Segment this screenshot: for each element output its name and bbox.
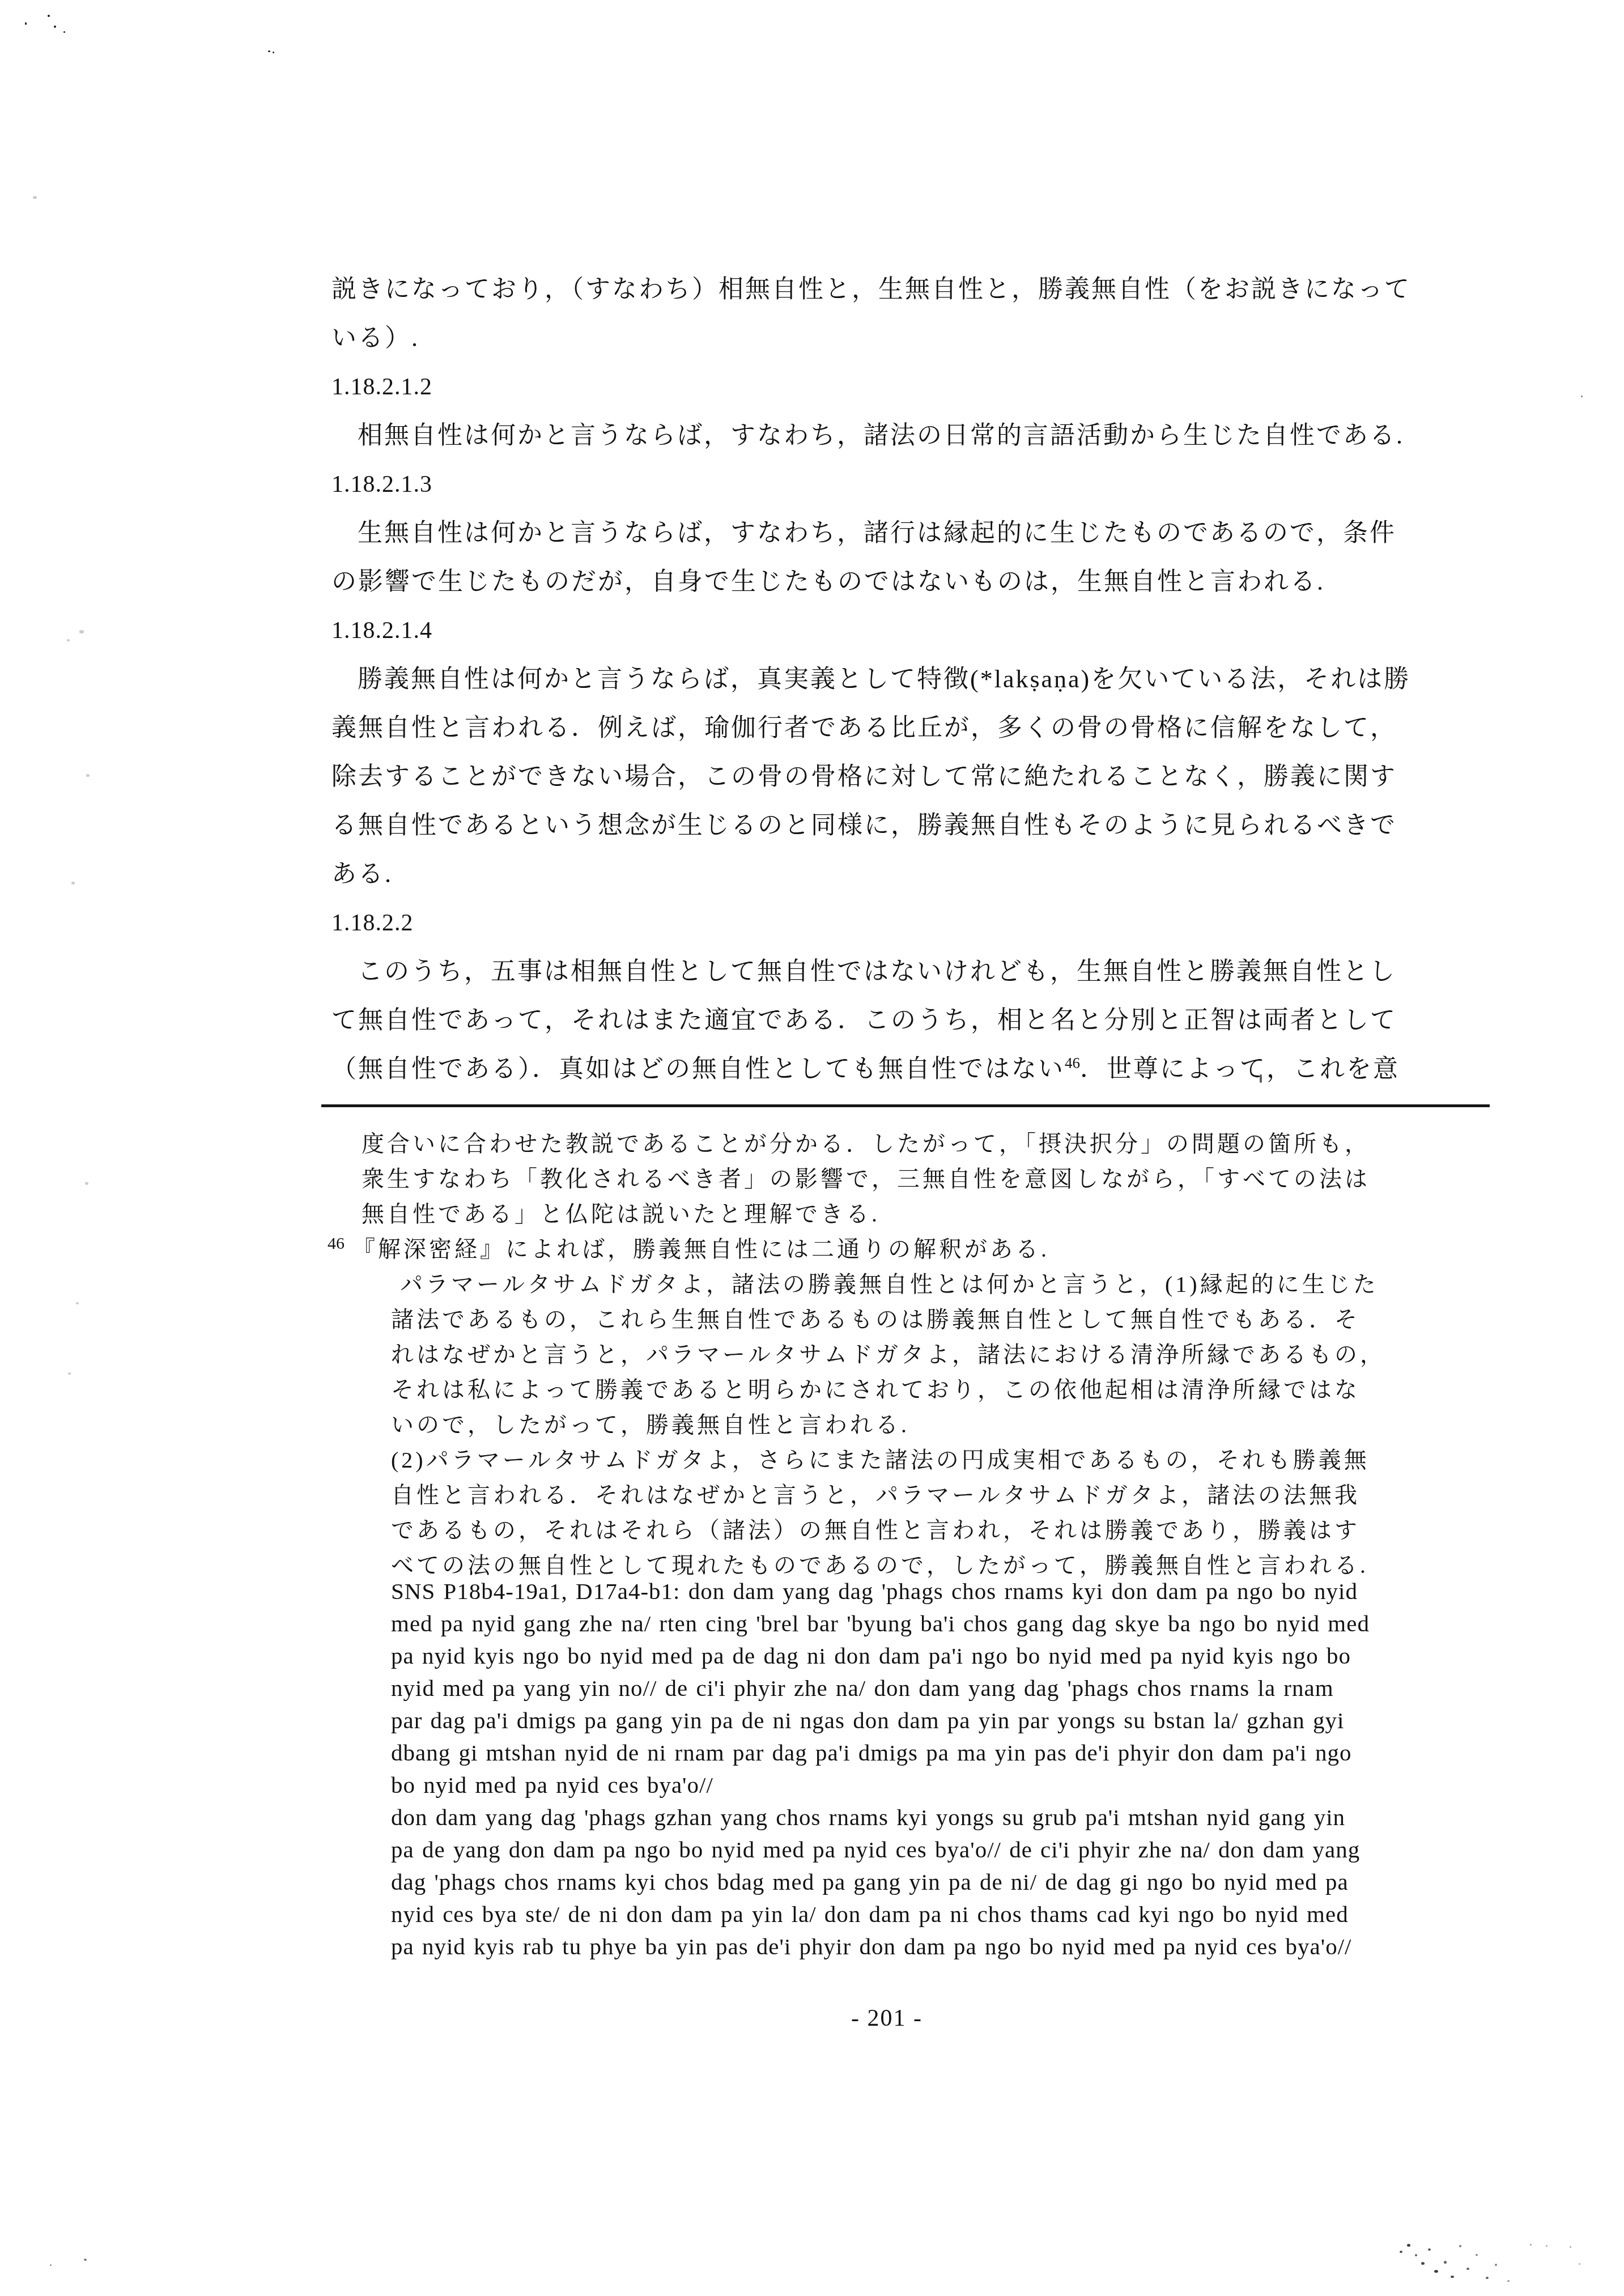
tibetan-line: pa nyid kyis rab tu phye ba yin pas de'i… <box>391 1931 1524 1963</box>
tibetan-line: med pa nyid gang zhe na/ rten cing 'brel… <box>391 1608 1524 1640</box>
page-number: - 201 - <box>283 2005 1490 2032</box>
body-line-text: ．世尊によって，これを意 <box>1080 1055 1400 1083</box>
page-scan: 説きになっており，（すなわち）相無自性と，生無自性と，勝義無自性（をお説きになっ… <box>0 0 1624 2296</box>
scan-speck <box>1400 2251 1402 2253</box>
scan-speck <box>1476 2254 1478 2256</box>
tibetan-line: bo nyid med pa nyid ces bya'o// <box>391 1769 1524 1801</box>
footnote-quote-line: 諸法であるもの，これら生無自性であるものは勝義無自性として無自性でもある．そ <box>328 1302 1540 1337</box>
margin-smudge <box>67 639 70 641</box>
scan-speck <box>1546 2245 1548 2247</box>
scan-speck <box>1415 2254 1417 2256</box>
margin-smudge <box>76 1302 79 1304</box>
scan-speck <box>1421 2262 1425 2265</box>
scan-speck <box>48 15 50 17</box>
margin-smudge <box>79 630 84 633</box>
scan-speck <box>1451 2276 1454 2278</box>
scan-speck <box>1507 2280 1510 2282</box>
footnote-quote-line: それは私によって勝義であると明らかにされており，この依他起相は清浄所縁ではな <box>328 1372 1540 1408</box>
margin-smudge <box>86 774 90 777</box>
footnote-quote-line: であるもの，それはそれら（諸法）の無自性と言われ，それは勝義であり，勝義はす <box>328 1513 1540 1548</box>
scan-speck <box>84 2259 87 2261</box>
margin-smudge <box>33 196 37 199</box>
body-line: る無自性であるという想念が生じるのと同様に，勝義無自性もそのように見られるべきで <box>331 801 1533 850</box>
section-number: 1.18.2.1.4 <box>331 606 1533 655</box>
scan-speck <box>1486 2277 1489 2279</box>
margin-smudge <box>68 1372 71 1375</box>
tibetan-line: pa de yang don dam pa ngo bo nyid med pa… <box>391 1834 1524 1866</box>
scan-speck <box>63 31 65 33</box>
footnote-line: 無自性である」と仏陀は説いたと理解できる. <box>328 1197 1540 1232</box>
scan-speck <box>1581 396 1583 397</box>
footnote-block: 度合いに合わせた教説であることが分かる．したがって，「摂決択分」の問題の箇所も，… <box>328 1126 1540 1583</box>
body-line: いる）. <box>331 314 1533 363</box>
body-line: 義無自性と言われる．例えば，瑜伽行者である比丘が，多くの骨の骨格に信解をなして， <box>331 704 1533 752</box>
body-text: 説きになっており，（すなわち）相無自性と，生無自性と，勝義無自性（をお説きになっ… <box>331 265 1533 1094</box>
section-number: 1.18.2.1.2 <box>331 363 1533 411</box>
scan-speck <box>1530 2244 1532 2246</box>
margin-smudge <box>71 882 75 885</box>
scan-speck <box>54 25 56 28</box>
scan-speck <box>1309 426 1311 427</box>
footnote-line: 衆生すなわち「教化されるべき者」の影響で，三無自性を意図しながら，「すべての法は <box>328 1162 1540 1197</box>
scan-speck <box>1428 2248 1431 2251</box>
footnote-quote-line: パラマールタサムドガタよ，諸法の勝義無自性とは何かと言うと，(1)縁起的に生じた <box>328 1267 1540 1302</box>
tibetan-line: SNS P18b4-19a1, D17a4-b1: don dam yang d… <box>391 1575 1524 1608</box>
tibetan-line: dag 'phags chos rnams kyi chos bdag med … <box>391 1866 1524 1898</box>
body-line: 説きになっており，（すなわち）相無自性と，生無自性と，勝義無自性（をお説きになっ… <box>331 265 1533 314</box>
footnote-quote-line: 自性と言われる．それはなぜかと言うと，パラマールタサムドガタよ，諸法の法無我 <box>328 1478 1540 1513</box>
scan-speck <box>273 52 274 53</box>
scan-speck <box>1434 2270 1438 2273</box>
body-line: 相無自性は何かと言うならば，すなわち，諸法の日常的言語活動から生じた自性である. <box>331 411 1533 460</box>
scan-speck <box>1466 2268 1469 2270</box>
scan-speck <box>1459 2245 1461 2247</box>
scan-speck <box>1579 2263 1580 2265</box>
footnote-line: 46『解深密経』によれば，勝義無自性には二通りの解釈がある. <box>328 1232 1540 1267</box>
section-number: 1.18.2.2 <box>331 899 1533 947</box>
tibetan-line: par dag pa'i dmigs pa gang yin pa de ni … <box>391 1704 1524 1737</box>
body-line: 除去することができない場合，この骨の骨格に対して常に絶たれることなく，勝義に関す <box>331 752 1533 801</box>
body-line: 勝義無自性は何かと言うならば，真実義として特徴(*lakṣaṇa)を欠いている法… <box>331 655 1533 704</box>
scan-speck <box>50 2264 52 2266</box>
scan-speck <box>1407 2244 1410 2247</box>
body-line: ある. <box>331 850 1533 899</box>
body-line: このうち，五事は相無自性として無自性ではないけれども，生無自性と勝義無自性とし <box>331 947 1533 996</box>
tibetan-line: dbang gi mtshan nyid de ni rnam par dag … <box>391 1737 1524 1769</box>
scan-speck <box>1570 2246 1571 2248</box>
body-line: の影響で生じたものだが，自身で生じたものではないものは，生無自性と言われる. <box>331 558 1533 606</box>
scan-speck <box>1444 2261 1447 2264</box>
tibetan-citation-block: SNS P18b4-19a1, D17a4-b1: don dam yang d… <box>391 1575 1524 1963</box>
tibetan-line: nyid ces bya ste/ de ni don dam pa yin l… <box>391 1898 1524 1931</box>
scan-speck <box>268 50 270 52</box>
scan-speck <box>25 22 27 25</box>
footnote-quote-line: れはなぜかと言うと，パラマールタサムドガタよ，諸法における清浄所縁であるもの， <box>328 1337 1540 1372</box>
footnote-line-text: 『解深密経』によれば，勝義無自性には二通りの解釈がある. <box>352 1236 1049 1262</box>
footnote-ref-superscript: 46 <box>1065 1055 1080 1072</box>
footnote-line: 度合いに合わせた教説であることが分かる．したがって，「摂決択分」の問題の箇所も， <box>328 1126 1540 1162</box>
scan-speck <box>1260 1074 1262 1083</box>
footnote-quote-line: (2)パラマールタサムドガタよ，さらにまた諸法の円成実相であるもの，それも勝義無 <box>328 1443 1540 1478</box>
footnote-separator-rule <box>321 1104 1490 1107</box>
footnote-quote-line: いので，したがって，勝義無自性と言われる. <box>328 1408 1540 1443</box>
body-line: て無自性であって，それはまた適宜である．このうち，相と名と分別と正智は両者として <box>331 996 1533 1045</box>
body-line: 生無自性は何かと言うならば，すなわち，諸行は縁起的に生じたものであるので，条件 <box>331 509 1533 558</box>
footnote-marker: 46 <box>328 1234 345 1253</box>
section-number: 1.18.2.1.3 <box>331 460 1533 509</box>
margin-smudge <box>85 1182 88 1185</box>
body-line: （無自性である）．真如はどの無自性としても無自性ではない46．世尊によって，これ… <box>331 1045 1533 1094</box>
tibetan-line: pa nyid kyis ngo bo nyid med pa de dag n… <box>391 1640 1524 1672</box>
tibetan-line: don dam yang dag 'phags gzhan yang chos … <box>391 1801 1524 1834</box>
tibetan-line: nyid med pa yang yin no// de ci'i phyir … <box>391 1672 1524 1704</box>
scan-speck <box>1495 2264 1497 2266</box>
body-line-text: （無自性である）．真如はどの無自性としても無自性ではない <box>331 1055 1065 1083</box>
